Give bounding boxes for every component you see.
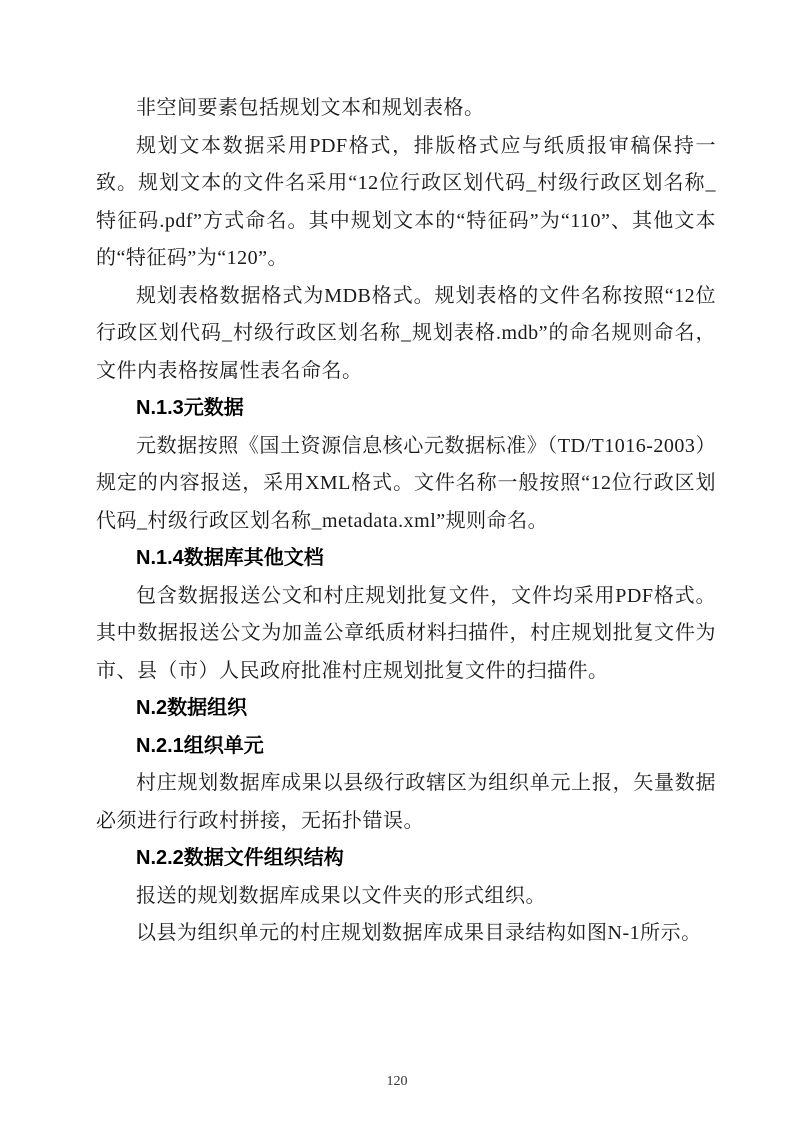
paragraph-non-spatial-elements: 非空间要素包括规划文本和规划表格。	[96, 90, 716, 128]
paragraph-folder-organization: 报送的规划数据库成果以文件夹的形式组织。	[96, 878, 716, 916]
paragraph-metadata-standard: 元数据按照《国土资源信息核心元数据标准》（TD/T1016-2003）规定的内容…	[96, 428, 716, 541]
paragraph-planning-table-format: 规划表格数据格式为MDB格式。规划表格的文件名称按照“12位行政区划代码_村级行…	[96, 278, 716, 391]
paragraph-other-documents-content: 包含数据报送公文和村庄规划批复文件，文件均采用PDF格式。其中数据报送公文为加盖…	[96, 578, 716, 691]
page-number: 120	[0, 1074, 794, 1090]
paragraph-directory-structure-figure: 以县为组织单元的村庄规划数据库成果目录结构如图N-1所示。	[96, 915, 716, 953]
heading-n-1-3-metadata: N.1.3元数据	[96, 390, 716, 428]
heading-n-2-data-organization: N.2数据组织	[96, 690, 716, 728]
heading-n-2-1-organization-unit: N.2.1组织单元	[96, 728, 716, 766]
heading-n-2-2-file-structure: N.2.2数据文件组织结构	[96, 840, 716, 878]
document-body: 非空间要素包括规划文本和规划表格。 规划文本数据采用PDF格式，排版格式应与纸质…	[96, 90, 716, 953]
paragraph-planning-text-format: 规划文本数据采用PDF格式，排版格式应与纸质报审稿保持一致。规划文本的文件名采用…	[96, 128, 716, 278]
heading-n-1-4-other-documents: N.1.4数据库其他文档	[96, 540, 716, 578]
document-page: 非空间要素包括规划文本和规划表格。 规划文本数据采用PDF格式，排版格式应与纸质…	[0, 0, 794, 1122]
paragraph-organization-unit-content: 村庄规划数据库成果以县级行政辖区为组织单元上报，矢量数据必须进行行政村拼接，无拓…	[96, 765, 716, 840]
